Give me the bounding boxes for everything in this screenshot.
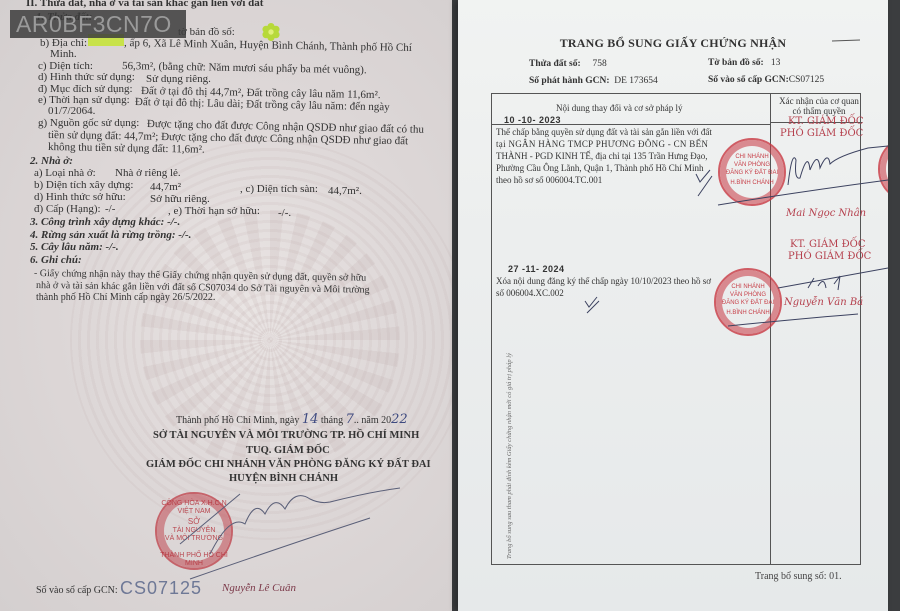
use-form-value: Sử dụng riêng.: [146, 73, 211, 85]
entry-1-line-5: theo hồ sơ số 006004.TC.001: [496, 175, 602, 187]
left-signer-name: Nguyễn Lê Cuân: [222, 582, 296, 594]
entry-2-confirm-title-2: PHÓ GIÁM ĐỐC: [788, 251, 871, 262]
grade-value: -/-: [105, 203, 115, 215]
year-label: năm 20: [361, 415, 391, 426]
section-heading: II. Thửa đất, nhà ở và tài sản khác gắn …: [26, 0, 263, 9]
subsection-house: 2. Nhà ở:: [30, 155, 73, 167]
entry-1-confirm-title-1: KT. GIÁM ĐỐC: [788, 116, 864, 127]
pen-mark: [832, 38, 862, 44]
entry-2-confirm-title-1: KT. GIÁM ĐỐC: [790, 239, 866, 250]
production-forest: 4. Rừng sản xuất là rừng trồng: -/-.: [30, 229, 191, 241]
entry-1-date: 10 -10- 2023: [504, 115, 561, 125]
map-sheet-number: Tờ bản đồ số: 13: [708, 58, 780, 68]
entry-1-confirm-signer: Mai Ngọc Nhân: [786, 208, 866, 219]
entry-2-line-2: số 006004.XC.002: [496, 288, 564, 300]
own-term-label: , e) Thời hạn sở hữu:: [168, 205, 260, 217]
entry-1-confirm-title-2: PHÓ GIÁM ĐỐC: [780, 128, 863, 139]
entry-2-date: 27 -11- 2024: [508, 264, 565, 274]
notes-line-3: thành phố Hồ Chí Minh cấp ngày 26/5/2022…: [36, 292, 215, 304]
entry-1-line-4: Phường Cầu Ông Lãnh, Quận 1, Thành phố H…: [496, 163, 703, 175]
notes-heading: 6. Ghi chú:: [30, 254, 82, 266]
address-value-cont: Minh.: [50, 48, 77, 60]
origin-value-cont2: không thu tiền sử dụng đất: 11,6m².: [48, 141, 205, 156]
authority-name: SỞ TÀI NGUYÊN VÀ MÔI TRƯỜNG TP. HỒ CHÍ M…: [153, 430, 419, 442]
initials-mark-1: [694, 170, 714, 200]
sign-month: 7: [346, 412, 354, 427]
sign-year-suffix: 22: [391, 412, 408, 427]
ownership-label: d) Hình thức sở hữu:: [34, 191, 126, 203]
term-value-cont: 01/7/2064.: [48, 105, 95, 117]
supplement-right-page: TRANG BỔ SUNG GIẤY CHỨNG NHẬN Thửa đất s…: [458, 0, 888, 611]
own-term-value: -/-.: [278, 207, 291, 219]
house-type-value: Nhà ở riêng lẻ.: [115, 167, 181, 179]
entry-2-line-1: Xóa nội dung đăng ký thế chấp ngày 10/10…: [496, 276, 711, 288]
entry-1-line-2: tại NGÂN HÀNG TMCP PHƯƠNG ĐÔNG - CN BẾN: [496, 139, 708, 151]
ownership-value: Sở hữu riêng.: [150, 193, 210, 205]
vertical-legal-note: Trang bổ sung sau tham phải đính kèm Giấ…: [506, 353, 513, 559]
entry-1-line-3: THÀNH - PGD KINH TẾ, địa chỉ tại 135 Trầ…: [496, 151, 707, 163]
initials-mark-2: [583, 295, 603, 315]
issue-number: Số phát hành GCN: DE 173654: [529, 76, 658, 86]
gcn-register-value: CS07125: [120, 578, 202, 599]
certificate-left-page: II. Thửa đất, nhà ở và tài sản khác gắn …: [0, 0, 452, 611]
perennial-trees: 5. Cây lâu năm: -/-.: [30, 241, 119, 253]
place-date-label: Thành phố Hồ Chí Minh, ngày: [176, 415, 299, 426]
parcel-number: Thửa đất số: 758: [529, 59, 607, 69]
house-type-label: a) Loại nhà ở:: [34, 167, 96, 179]
proxy-title: TUQ. GIÁM ĐỐC: [246, 445, 330, 457]
official-seal-right-2: CHI NHÁNH VĂN PHÒNG ĐĂNG KÝ ĐẤT ĐAI H.BÌ…: [714, 268, 782, 336]
flower-sticker-icon: [262, 23, 280, 41]
id-overlay-badge: AR0BF3CN7O: [10, 10, 186, 38]
supplement-page-number: Trang bổ sung số: 01.: [755, 571, 842, 582]
signature-right-2: [778, 268, 888, 328]
sign-day: 14: [302, 412, 319, 427]
signature-left: [170, 484, 400, 584]
col-header-content: Nội dung thay đổi và cơ sở pháp lý: [556, 103, 683, 115]
signature-right-1: [778, 140, 888, 200]
map-sheet-label: tờ bản đồ số:: [178, 26, 235, 38]
supplement-title: TRANG BỔ SUNG GIẤY CHỨNG NHẬN: [458, 36, 888, 51]
floor-area-value: 44,7m².: [328, 185, 362, 197]
floor-area-label: , c) Diện tích sàn:: [240, 183, 318, 195]
position-title: GIÁM ĐỐC CHI NHÁNH VĂN PHÒNG ĐĂNG KÝ ĐẤT…: [146, 459, 431, 471]
signing-place-date: Thành phố Hồ Chí Minh, ngày 14 tháng 7..…: [176, 414, 408, 427]
origin-label: g) Nguồn gốc sử dụng:: [38, 117, 139, 129]
grade-label: đ) Cấp (Hạng):: [34, 203, 101, 215]
gcn-register-label: Số vào sổ cấp GCN:: [36, 585, 118, 597]
col-header-confirm: Xác nhận của cơ quan có thẩm quyền: [775, 96, 863, 116]
build-area-value: 44,7m²: [150, 181, 181, 193]
other-works: 3. Công trình xây dựng khác: -/-.: [30, 216, 180, 228]
use-form-label: d) Hình thức sử dụng:: [38, 71, 135, 83]
register-number: Số vào sổ cấp GCN:CS07125: [708, 75, 824, 85]
build-area-label: b) Diện tích xây dựng:: [34, 179, 133, 191]
entry-1-line-1: Thế chấp bằng quyền sử dụng đất và tài s…: [496, 127, 712, 139]
month-label: tháng: [321, 415, 343, 426]
